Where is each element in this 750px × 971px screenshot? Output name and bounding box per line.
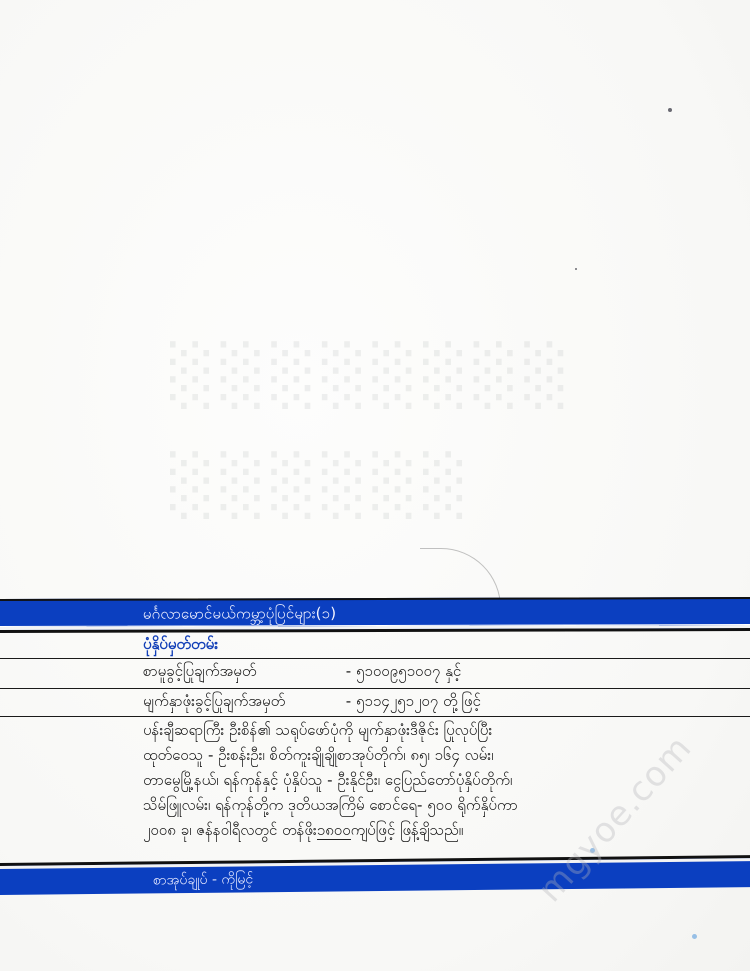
- cover-permit-row: မျက်နှာဖုံးခွင့်ပြုချက်အမှတ် - ၅၁၁၄၂၅၁၂၀…: [143, 692, 481, 714]
- manuscript-permit-row: စာမူခွင့်ပြုချက်အမှတ် - ၅၁၀၀၉၅၁၀၀၇ နှင့်: [143, 662, 461, 684]
- imprint-heading: ပုံနှိပ်မှတ်တမ်း: [143, 635, 218, 657]
- release-date-text: ၂၀၀၈ ခု၊ ဇန်နဝါရီလတွင် တန်ဖိုး: [143, 821, 317, 839]
- manuscript-permit-label: စာမူခွင့်ပြုချက်အမှတ်: [143, 662, 341, 684]
- paragraph-line: ထုတ်ဝေသူ - ဦးစန်းဦး၊ စိတ်ကူးချိုချိုစာအု…: [143, 743, 683, 768]
- scan-speck: [668, 108, 672, 112]
- ink-spot: [692, 934, 697, 939]
- divider: [0, 658, 750, 659]
- series-title: မင်္ဂလာမောင်မယ်ကမ္ဘာ့ပုံပြင်များ(၁): [143, 604, 336, 627]
- document-page: ░░░░░░░░░░░░░░ မင်္ဂလာမောင်မယ်ကမ္ဘာ့ပုံပ…: [0, 0, 750, 971]
- footer-band: စာအုပ်ချုပ် - ကိုမြင့်: [0, 858, 750, 895]
- divider: [0, 688, 750, 689]
- series-title-band: မင်္ဂလာမောင်မယ်ကမ္ဘာ့ပုံပြင်များ(၁): [0, 597, 750, 630]
- cover-permit-value: - ၅၁၁၄၂၅၁၂၀၇ တို့ဖြင့်: [346, 692, 481, 714]
- cover-permit-label: မျက်နှာဖုံးခွင့်ပြုချက်အမှတ်: [143, 692, 341, 714]
- binder-credit: စာအုပ်ချုပ် - ကိုမြင့်: [153, 869, 253, 891]
- price-value: ၁၈၀၀: [317, 821, 351, 840]
- show-through-text: ░░░░░░░░░░░░░░: [170, 320, 590, 540]
- divider: [0, 716, 750, 717]
- paragraph-line: တာမွေမြို့နယ်၊ ရန်ကုန်နှင့် ပုံနှိပ်သူ -…: [143, 768, 683, 793]
- manuscript-permit-value: - ၅၁၀၀၉၅၁၀၀၇ နှင့်: [346, 662, 461, 684]
- scan-speck: [575, 268, 577, 270]
- paragraph-line: ပန်းချီဆရာကြီး ဦးစိန်၏ သရုပ်ဖော်ပုံကို မ…: [143, 718, 683, 743]
- release-suffix-text: ကျပ်ဖြင့် ဖြန့်ချိသည်။: [351, 821, 464, 839]
